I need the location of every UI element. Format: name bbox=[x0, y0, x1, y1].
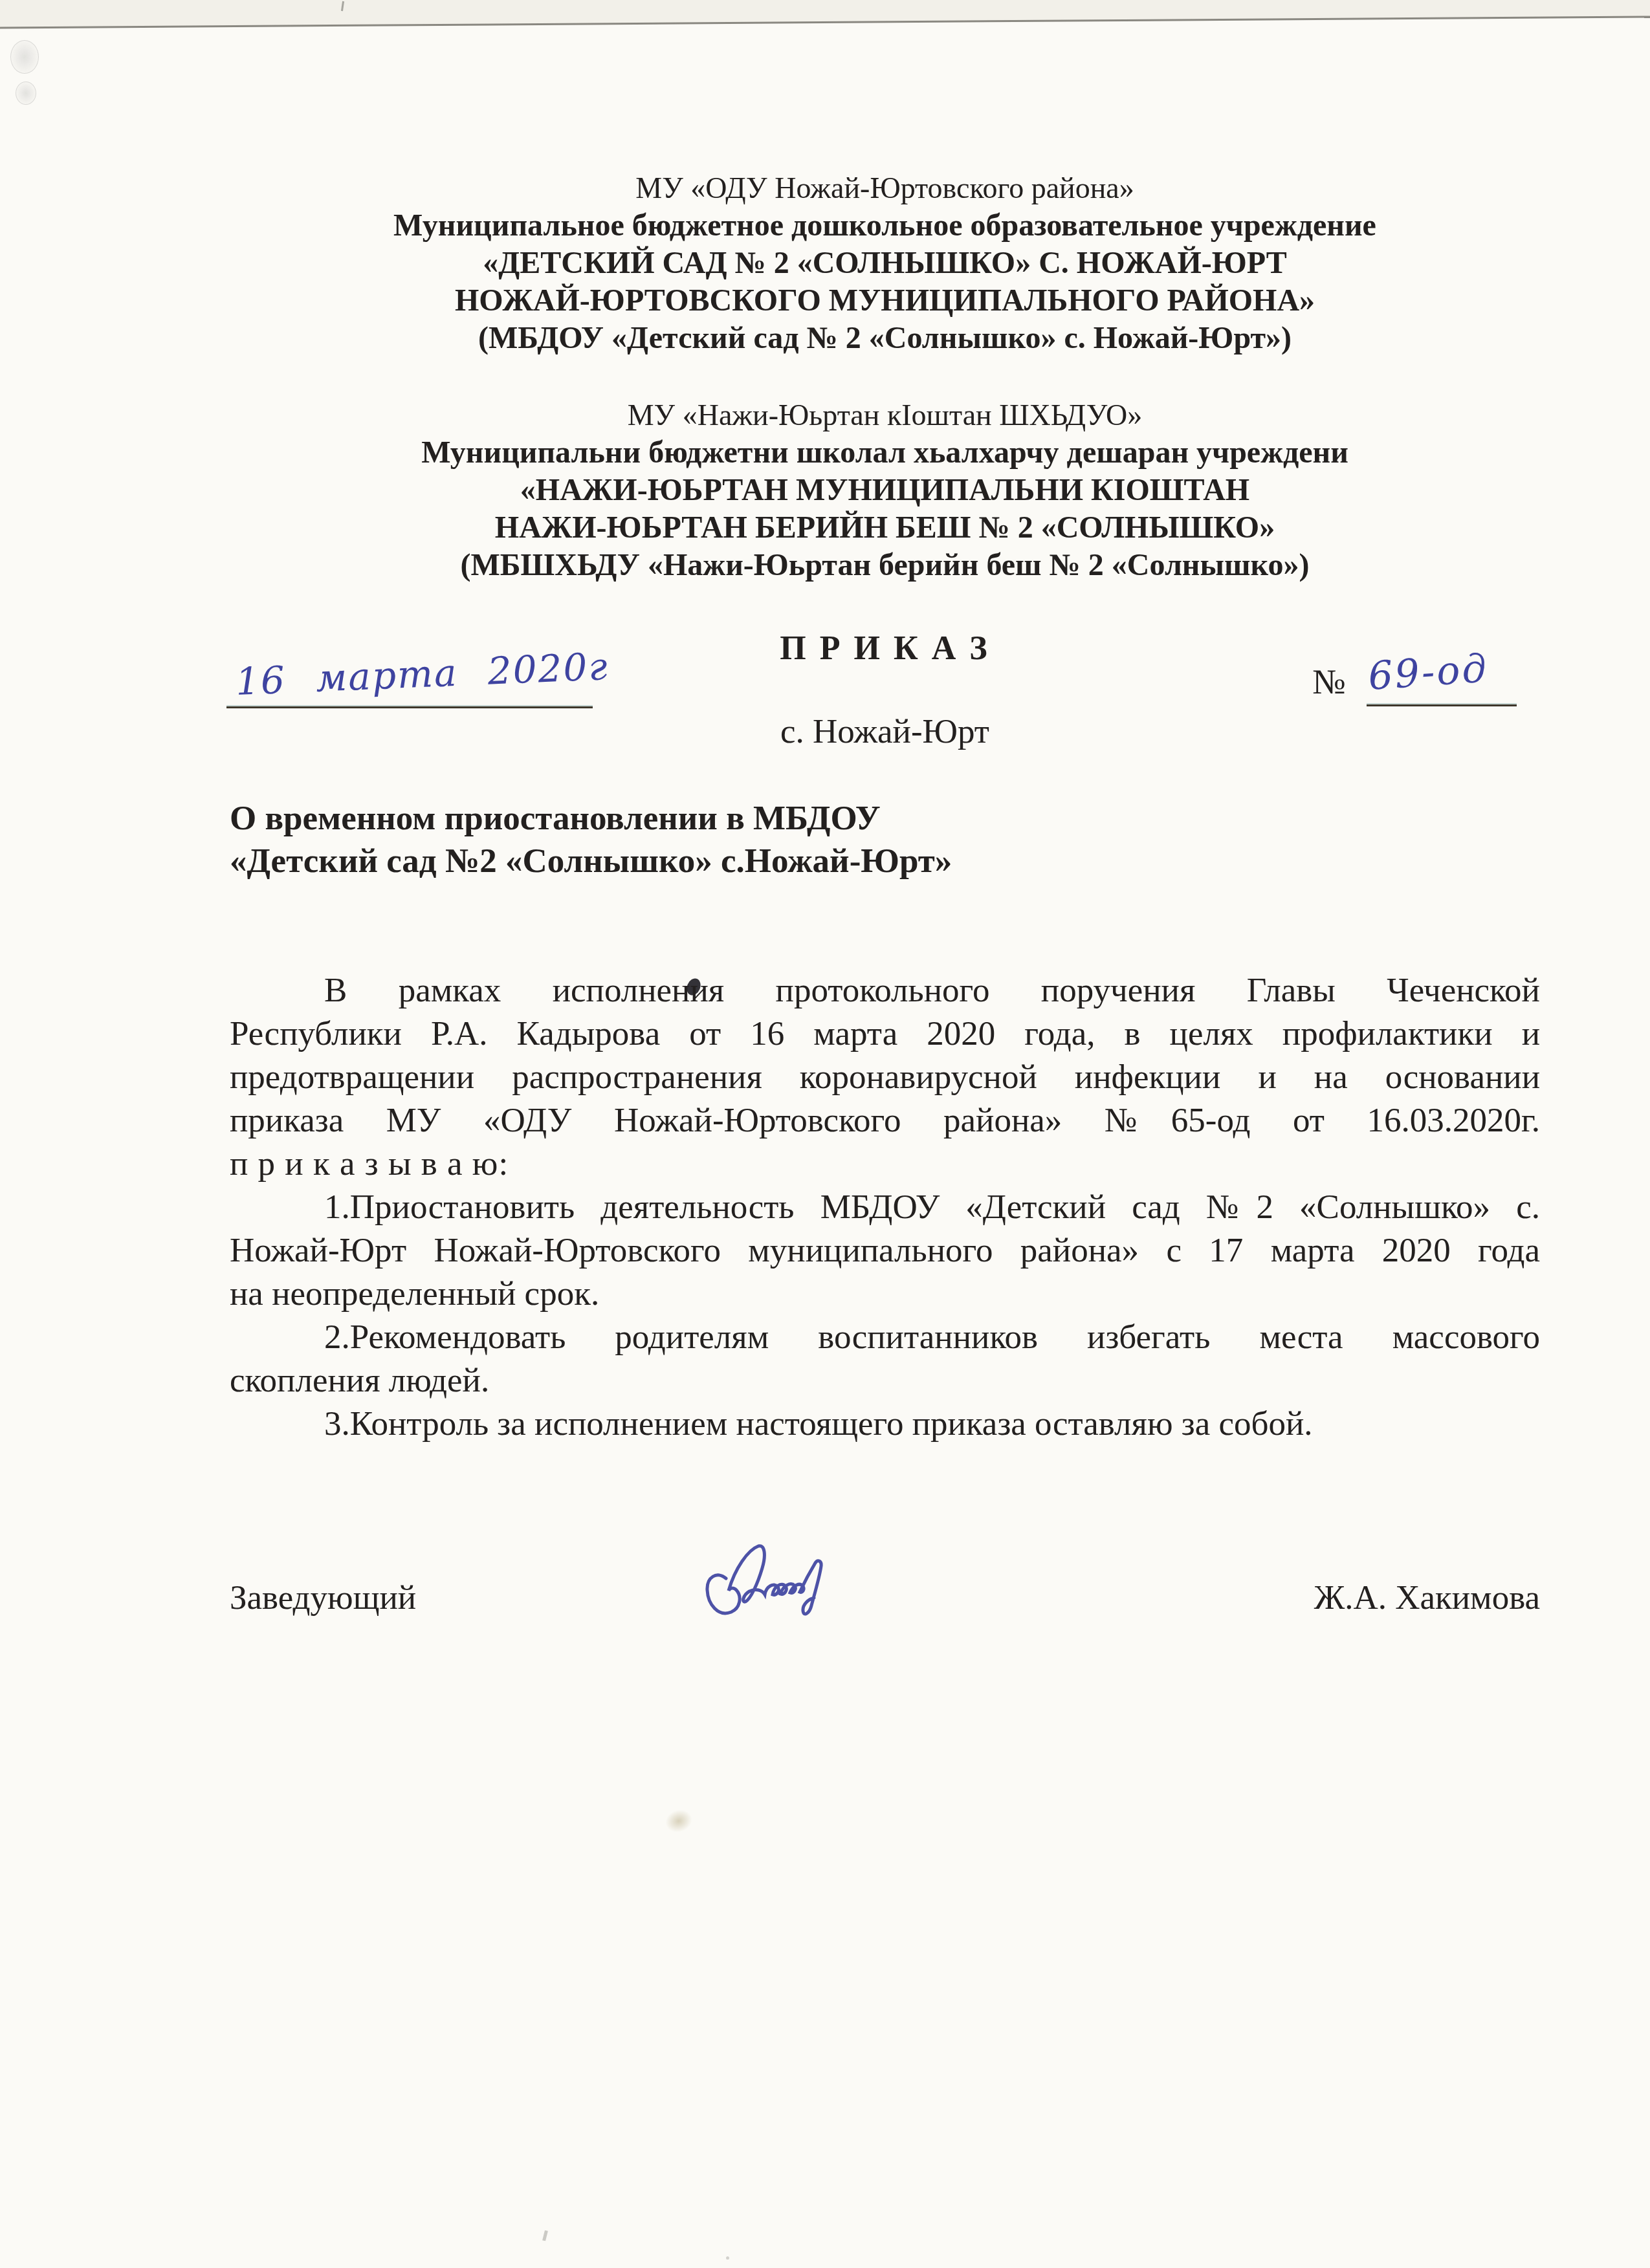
scan-edge-artifact bbox=[0, 0, 1650, 39]
body-line-item2: 2.Рекомендовать родителям воспитанников … bbox=[230, 1316, 1540, 1359]
body-line: В рамках исполнения протокольного поруче… bbox=[230, 969, 1540, 1012]
order-subject: О временном приостановлении в МБДОУ «Дет… bbox=[230, 797, 1540, 882]
org-type-line-che: Муниципальни бюджетни школал хьалхарчу д… bbox=[230, 434, 1540, 472]
handwritten-order-number: 69-од bbox=[1366, 632, 1564, 708]
paper-smudge bbox=[663, 1806, 695, 1835]
body-line-prikazyvayu: п р и к а з ы в а ю: bbox=[230, 1142, 1540, 1186]
subject-line: О временном приостановлении в МБДОУ bbox=[230, 797, 1540, 840]
org-name-line-che: «НАЖИ-ЮЬРТАН МУНИЦИПАЛЬНИ КIОШТАН bbox=[230, 472, 1540, 509]
org-parent-name: МУ «ОДУ Ножай-Юртовского района» bbox=[230, 169, 1540, 207]
order-body: В рамках исполнения протокольного поруче… bbox=[230, 969, 1540, 1446]
org-abbrev-line: (МБДОУ «Детский сад № 2 «Солнышко» с. Но… bbox=[230, 320, 1540, 357]
org-name-line2-che: НАЖИ-ЮЬРТАН БЕРИЙН БЕШ № 2 «СОЛНЫШКО» bbox=[230, 509, 1540, 547]
body-line: приказа МУ «ОДУ Ножай-Юртовского района»… bbox=[230, 1099, 1540, 1142]
body-line: предотвращении распространения коронавир… bbox=[230, 1056, 1540, 1099]
number-label: № bbox=[1312, 661, 1346, 703]
date-underline bbox=[226, 706, 593, 708]
scan-smudge bbox=[16, 82, 36, 105]
scan-smudge bbox=[10, 40, 39, 74]
number-underline bbox=[1367, 704, 1517, 706]
scan-speck bbox=[542, 2230, 548, 2241]
body-line-item1: 1.Приостановить деятельность МБДОУ «Детс… bbox=[230, 1186, 1540, 1229]
signer-name: Ж.А. Хакимова bbox=[1314, 1577, 1540, 1619]
scan-speck bbox=[726, 2256, 729, 2260]
org-header-russian: МУ «ОДУ Ножай-Юртовского района» Муницип… bbox=[230, 169, 1540, 357]
org-abbrev-line-che: (МБШХЬДУ «Нажи-Юьртан берийн беш № 2 «Со… bbox=[230, 547, 1540, 584]
signer-role: Заведующий bbox=[230, 1577, 416, 1619]
scanned-document-page: МУ «ОДУ Ножай-Юртовского района» Муницип… bbox=[0, 0, 1650, 2268]
org-type-line: Муниципальное бюджетное дошкольное образ… bbox=[230, 207, 1540, 245]
body-line: на неопределенный срок. bbox=[230, 1272, 1540, 1316]
body-line-item3: 3.Контроль за исполнением настоящего при… bbox=[230, 1402, 1540, 1446]
handwritten-signature bbox=[679, 1527, 906, 1643]
body-line: скопления людей. bbox=[230, 1359, 1540, 1402]
body-line: Республики Р.А. Кадырова от 16 марта 202… bbox=[230, 1012, 1540, 1056]
subject-line: «Детский сад №2 «Солнышко» с.Ножай-Юрт» bbox=[230, 840, 1540, 882]
order-place: с. Ножай-Юрт bbox=[230, 710, 1540, 753]
org-name-line: «ДЕТСКИЙ САД № 2 «СОЛНЫШКО» С. НОЖАЙ-ЮРТ bbox=[230, 245, 1540, 282]
org-parent-name-che: МУ «Нажи-Юьртан кIоштан ШХЬДУО» bbox=[230, 397, 1540, 434]
org-district-line: НОЖАЙ-ЮРТОВСКОГО МУНИЦИПАЛЬНОГО РАЙОНА» bbox=[230, 282, 1540, 320]
body-line: Ножай-Юрт Ножай-Юртовского муниципальног… bbox=[230, 1229, 1540, 1272]
org-header-chechen: МУ «Нажи-Юьртан кIоштан ШХЬДУО» Муниципа… bbox=[230, 397, 1540, 584]
